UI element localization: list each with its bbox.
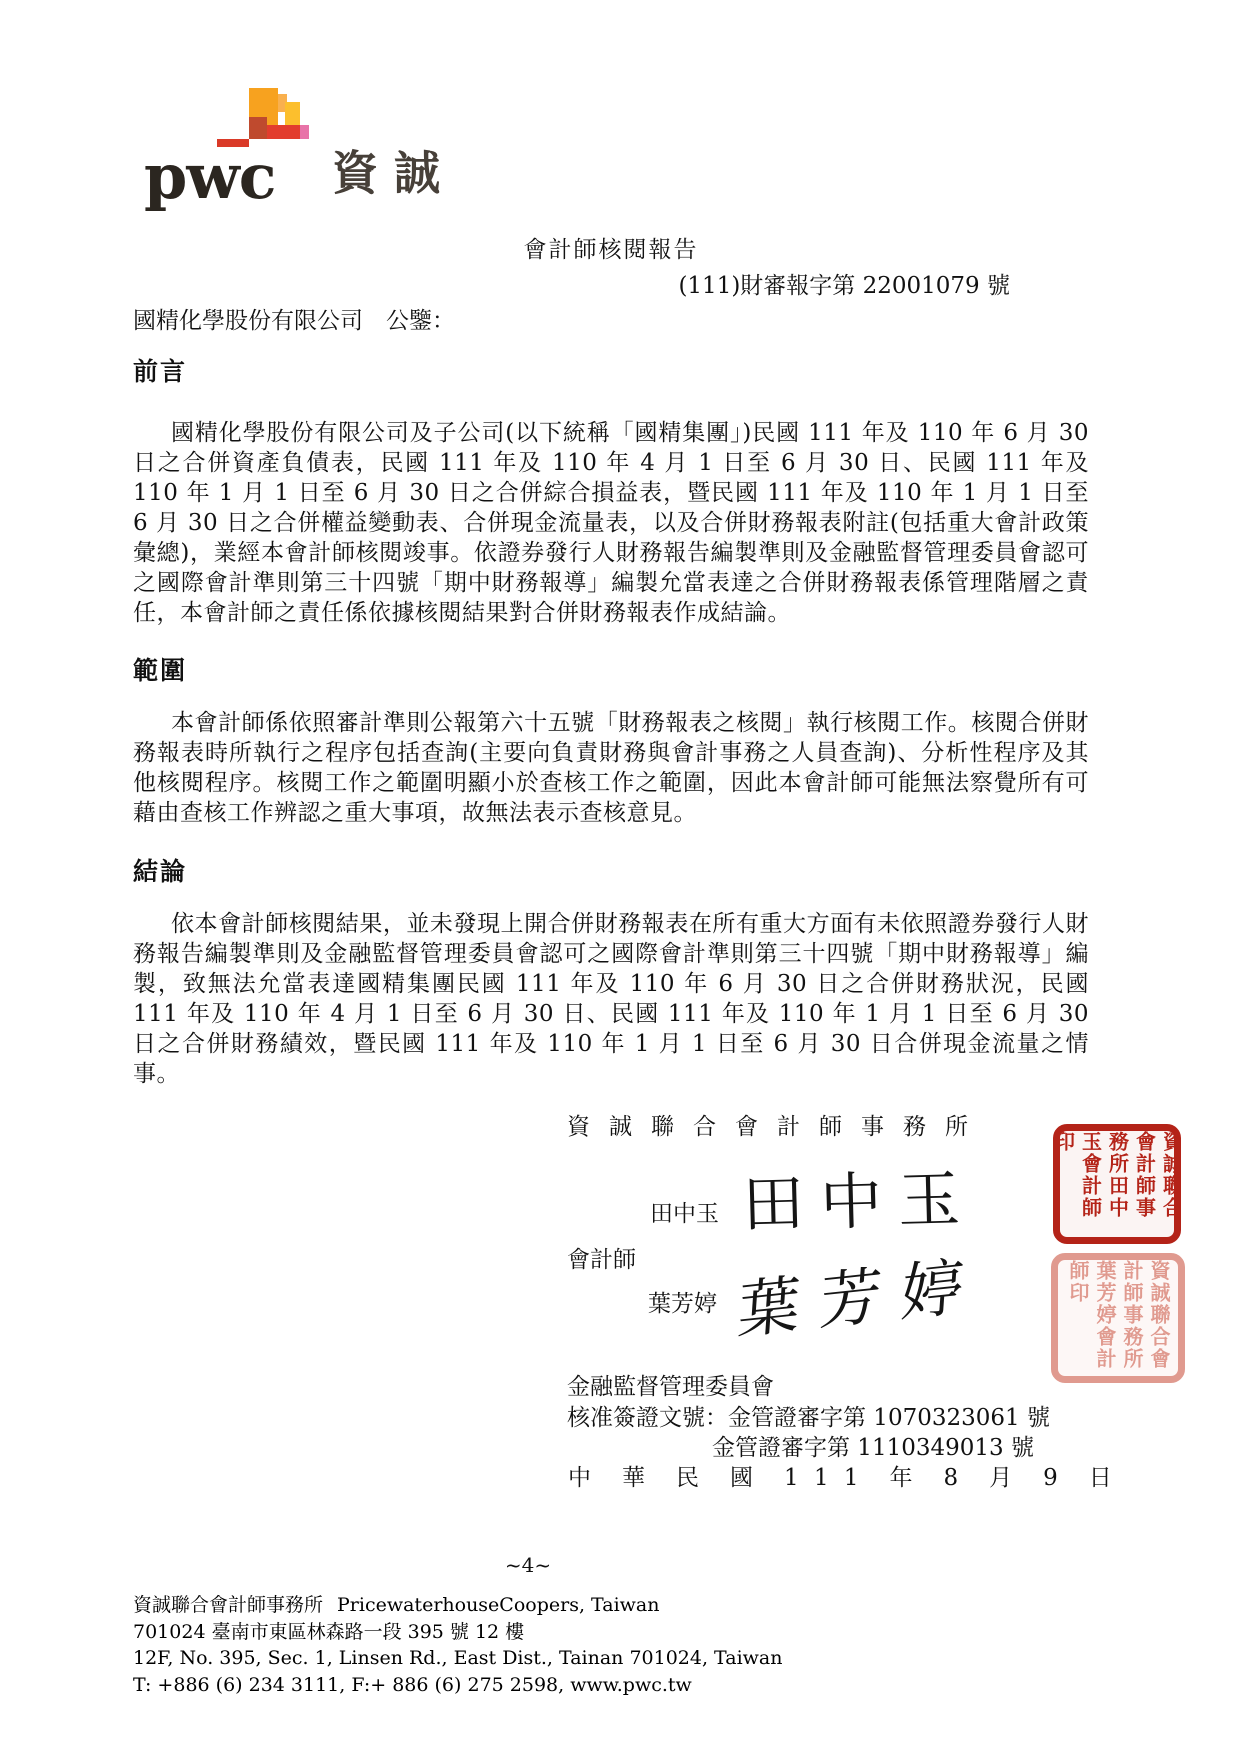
report-title: 會計師核閱報告 [133,231,1089,264]
pwc-wordmark: pwc [144,146,275,208]
review-report-page: pwc 資誠 會計師核閱報告 (111)財審報字第 22001079 號 國精化… [0,0,1240,1754]
footer-contact-line: T: +886 (6) 234 3111, F:+ 886 (6) 275 25… [133,1672,783,1699]
logo-block-yellow [285,102,300,126]
accountant-role-label: 會計師 [567,1241,636,1274]
logo-block-red [267,125,300,139]
addressee-line: 國精化學股份有限公司 公鑒： [133,302,455,335]
logo-block-darkred [249,117,267,139]
section-body-foreword: 國精化學股份有限公司及子公司(以下統稱「國精集團」)民國 111 年及 110 … [133,418,1089,628]
logo-block-pink [300,125,309,139]
handwritten-signature-accountant1: 田中玉 [741,1149,977,1244]
section-heading-conclusion: 結論 [133,852,187,888]
section-heading-scope: 範圍 [133,651,187,687]
footer-block: 資誠聯合會計師事務所PricewaterhouseCoopers, Taiwan… [133,1592,783,1698]
footer-address-en: 12F, No. 395, Sec. 1, Linsen Rd., East D… [133,1645,783,1672]
footer-firm-en: PricewaterhouseCoopers, Taiwan [337,1594,659,1616]
section-body-scope: 本會計師係依照審計準則公報第六十五號「財務報表之核閱」執行核閱工作。核閱合併財務… [133,708,1089,828]
footer-firm-zh: 資誠聯合會計師事務所 [133,1594,323,1616]
pwc-logo-icon [217,88,309,148]
report-date: 中 華 民 國 1 1 1 年 8 月 9 日 [568,1459,1116,1492]
section-body-conclusion: 依本會計師核閱結果，並未發現上開合併財務報表在所有重大方面有未依照證券發行人財務… [133,909,1089,1089]
regulator-name: 金融監督管理委員會 [567,1368,774,1401]
footer-firm-line: 資誠聯合會計師事務所PricewaterhouseCoopers, Taiwan [133,1592,783,1619]
page-number: ~4~ [133,1553,923,1577]
firm-seal-accountant2-text: 資誠聯合會計師事務所葉芳婷會計師印 [1064,1257,1172,1379]
firm-seal-accountant2: 資誠聯合會計師事務所葉芳婷會計師印 [1051,1253,1185,1383]
logo-firm-name-zh: 資誠 [332,150,456,196]
firm-seal-accountant1: 資誠聯合會計師事務所田中玉會計師印 [1053,1124,1181,1244]
accountant2-printed-name: 葉芳婷 [648,1285,717,1318]
footer-address-zh: 701024 臺南市東區林森路一段 395 號 12 樓 [133,1619,783,1646]
approval-document-number-2: 金管證審字第 1110349013 號 [712,1429,1034,1462]
firm-seal-accountant1-text: 資誠聯合會計師事務所田中玉會計師印 [1053,1128,1181,1240]
accountant1-printed-name: 田中玉 [650,1195,719,1228]
approval-document-number-1: 核准簽證文號：金管證審字第 1070323061 號 [567,1399,1050,1432]
signing-firm-name: 資誠聯合會計師事務所 [567,1108,987,1141]
section-heading-foreword: 前言 [133,352,187,388]
handwritten-signature-accountant2: 葉芳婷 [736,1235,987,1351]
report-number: (111)財審報字第 22001079 號 [678,267,1010,300]
